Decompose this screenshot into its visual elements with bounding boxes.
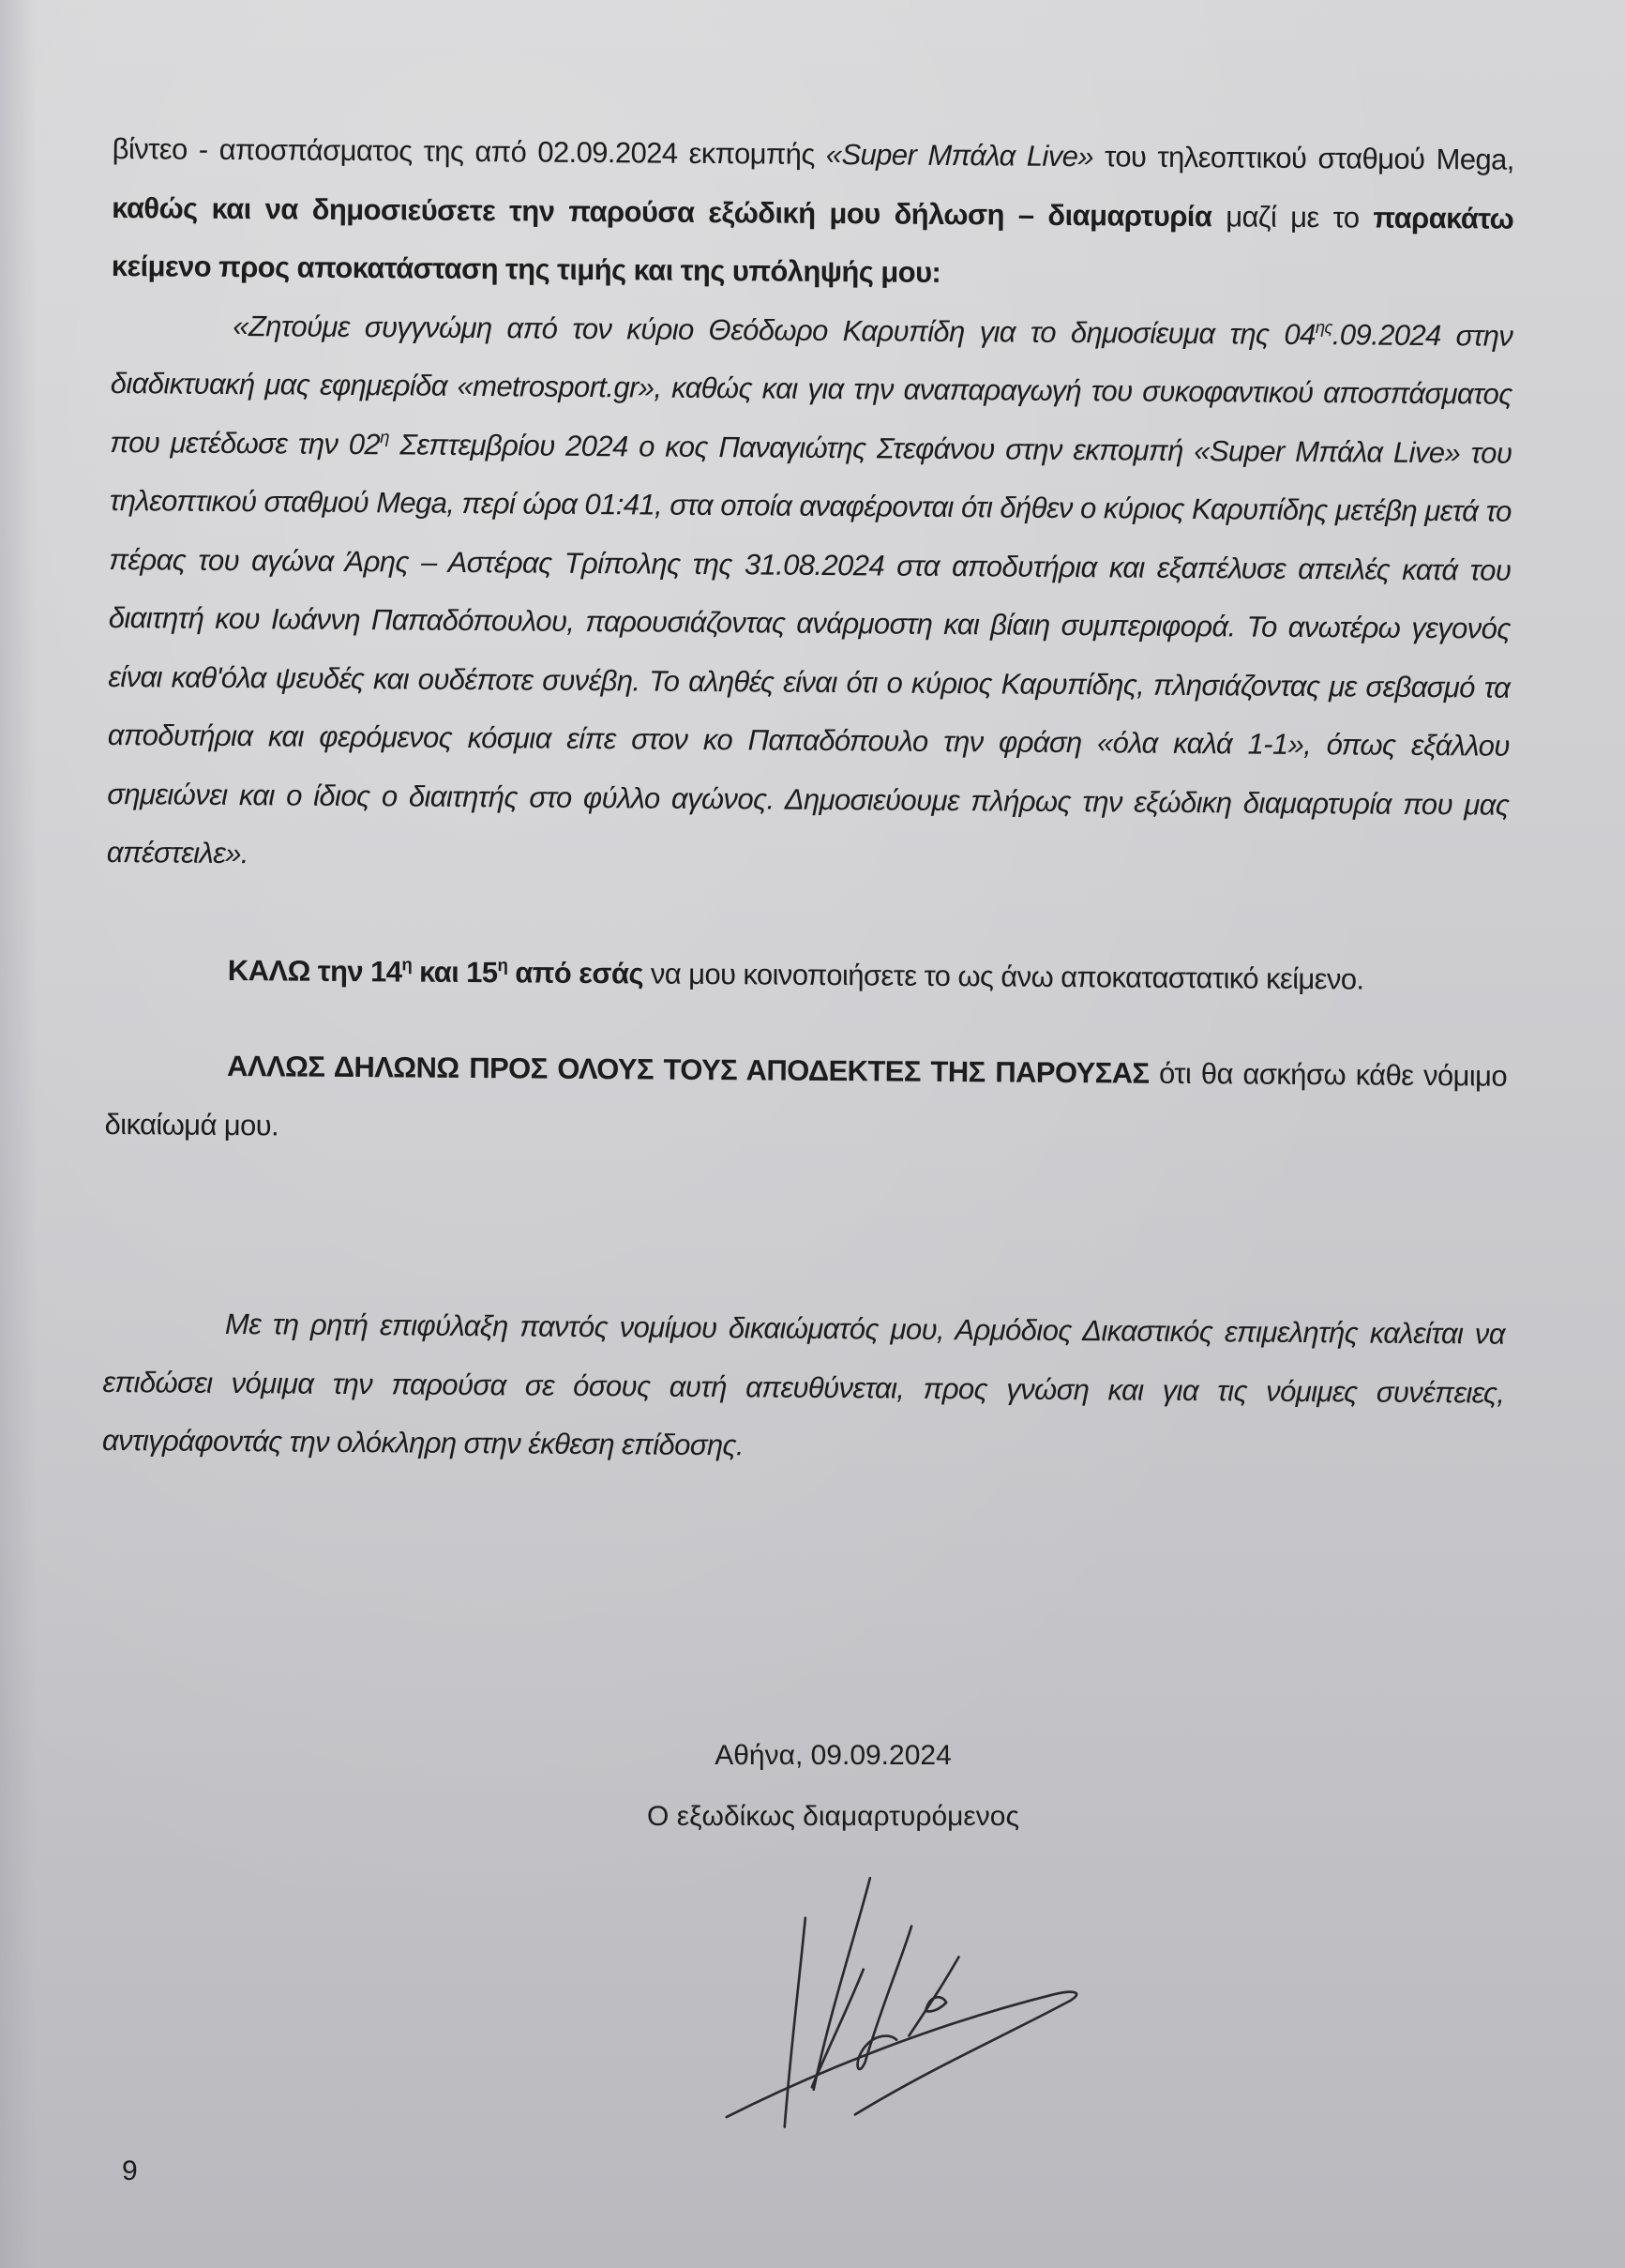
intro-paragraph: βίντεο - αποσπάσματος της από 02.09.2024… <box>112 120 1514 307</box>
document-body: βίντεο - αποσπάσματος της από 02.09.2024… <box>102 120 1514 1481</box>
publish-request: καθώς και να δημοσιεύσετε την παρούσα εξ… <box>112 190 1211 232</box>
signer-title: Ο εξωδίκως διαμαρτυρόμενος <box>21 1801 1625 1833</box>
ordinal-sup: η <box>401 954 412 974</box>
call-text: να μου κοινοποιήσετε το ως άνω αποκαταστ… <box>643 957 1364 995</box>
with-text: μαζί με το <box>1226 200 1373 234</box>
call-bold: ΚΑΛΩ την 14 <box>228 953 402 987</box>
place-date: Αθήνα, 09.09.2024 <box>21 1740 1625 1772</box>
signature-icon <box>689 1862 1121 2143</box>
quote-part: Σεπτεμβρίου 2024 ο κος Παναγιώτης Στεφάν… <box>107 428 1512 869</box>
scanned-page: βίντεο - αποσπάσματος της από 02.09.2024… <box>0 0 1625 2268</box>
ordinal-sup: η <box>498 955 508 975</box>
station-text: σταθμού Mega, <box>1317 142 1514 176</box>
ordinal-sup: η <box>380 427 389 446</box>
apology-quote: «Ζητούμε συγγνώμη από τον κύριο Θεόδωρο … <box>107 295 1513 893</box>
call-paragraph: ΚΑΛΩ την 14η και 15η από εσάς να μου κοι… <box>106 882 1509 1009</box>
reservation-paragraph: Με τη ρητή επιφύλαξη παντός νομίμου δικα… <box>102 1294 1505 1481</box>
show-title: «Super Μπάλα Live» <box>826 138 1093 173</box>
intro-text-end: του τηλεοπτικού <box>1093 140 1307 174</box>
intro-text: βίντεο - αποσπάσματος της από 02.09.2024… <box>113 132 826 171</box>
call-bold: και 15 <box>412 955 498 989</box>
quote-part: «Ζητούμε συγγνώμη από τον κύριο Θεόδωρο … <box>233 310 1316 351</box>
declaration-paragraph: ΑΛΛΩΣ ΔΗΛΩΝΩ ΠΡΟΣ ΟΛΟΥΣ ΤΟΥΣ ΑΠΟΔΕΚΤΕΣ Τ… <box>104 1036 1507 1165</box>
ordinal-sup: ης <box>1316 317 1332 337</box>
page-number: 9 <box>122 2155 138 2187</box>
spacer <box>103 1154 1506 1306</box>
call-bold: από εσάς <box>507 956 643 990</box>
declaration-bold: ΑΛΛΩΣ ΔΗΛΩΝΩ ΠΡΟΣ ΟΛΟΥΣ ΤΟΥΣ ΑΠΟΔΕΚΤΕΣ Τ… <box>227 1050 1150 1090</box>
